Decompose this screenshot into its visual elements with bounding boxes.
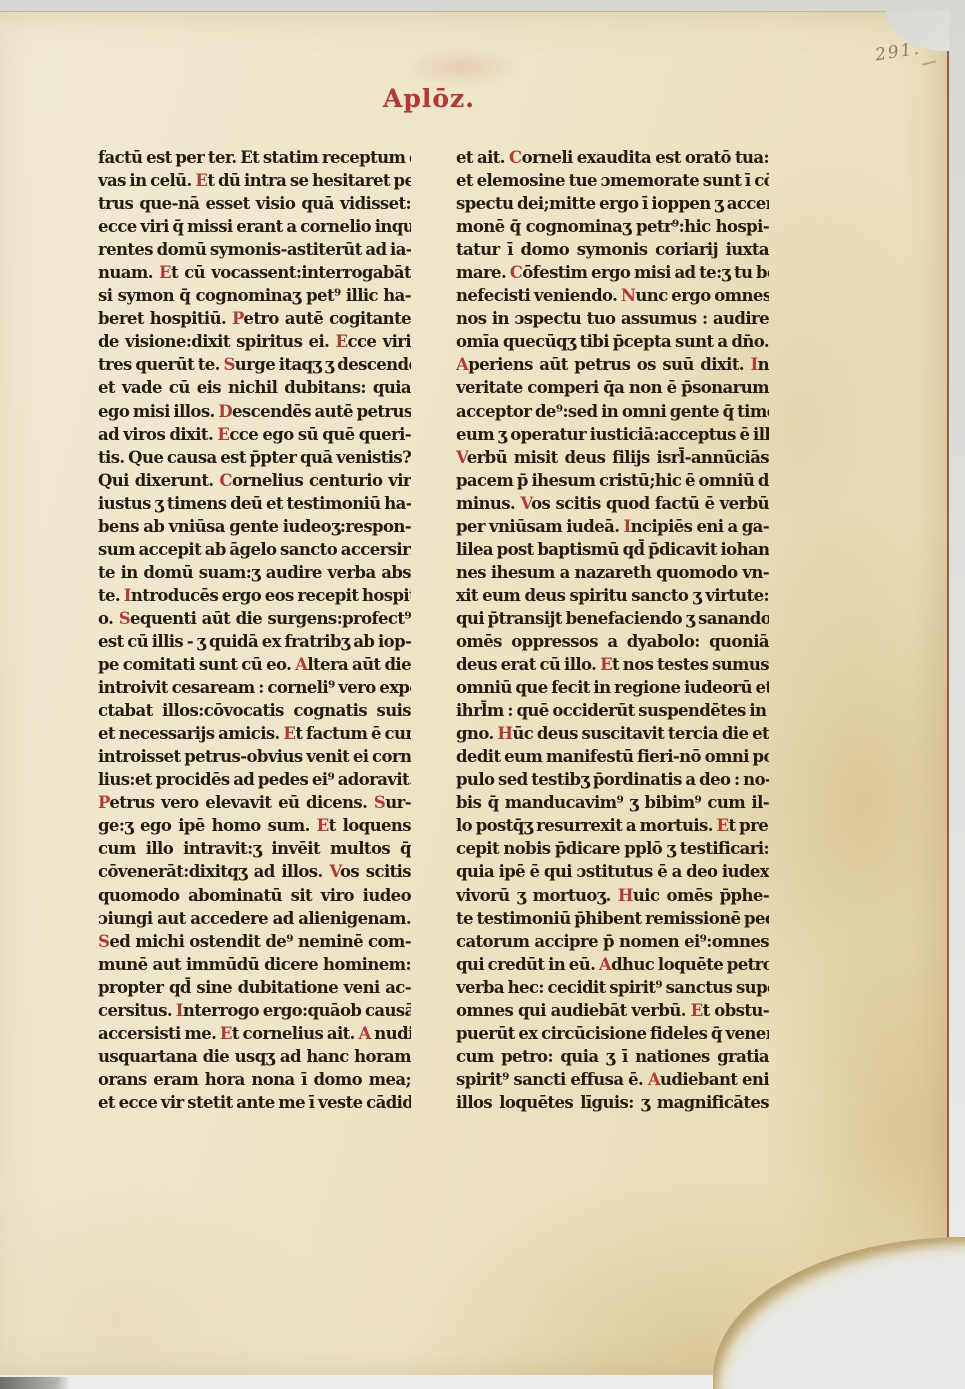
text-line: dedit eum manifestū fieri-nō omni po-: [456, 745, 769, 768]
rubricated-initial: C: [219, 471, 232, 490]
text-line: nuam. Et cū vocassent:interrogabāt: [98, 261, 411, 284]
rubricated-initial: A: [456, 355, 468, 374]
text-line: catorum accipre p̄ nomen ei⁹:omnes: [456, 930, 769, 953]
text-line: factū est per ter. Et statim receptum es…: [98, 146, 411, 169]
text-line: tis. Que causa est p̄pter quā venistis?: [98, 446, 411, 469]
rubricated-initial: H: [497, 724, 512, 743]
text-line: cum illo intravit:ʒ invēit multos q̄: [98, 837, 411, 860]
rubricated-initial: N: [621, 286, 635, 305]
text-line: et ait. Corneli exaudita est oratō tua:: [456, 146, 769, 169]
rubricated-initial: S: [119, 609, 130, 628]
text-line: te in domū suam:ʒ audire verba abs: [98, 561, 411, 584]
rubricated-initial: C: [510, 263, 523, 282]
text-line: vas in celū. Et dū intra se hesitaret pe…: [98, 169, 411, 192]
text-line: introisset petrus-obvius venit ei corne-: [98, 745, 411, 768]
rubricated-initial: E: [336, 332, 348, 351]
text-line: tres querūt te. Surge itaqʒ ʒ descende:: [98, 353, 411, 376]
rubricated-initial: H: [618, 886, 633, 905]
rubricated-initial: S: [223, 355, 234, 374]
text-line: et elemosine tue ɔmemorate sunt ī cō-: [456, 169, 769, 192]
rubricated-initial: V: [329, 862, 340, 881]
text-line: eum ʒ operatur iusticiā:acceptus ē illi.: [456, 423, 769, 446]
text-line: est cū illis - ʒ quidā ex fratribʒ ab io…: [98, 630, 411, 653]
rubricated-initial: E: [317, 816, 329, 835]
text-line: lius:et procidēs ad pedes ei⁹ adoravit.: [98, 768, 411, 791]
manuscript-page: Aplōz. 291. factū est per ter. Et statim…: [0, 0, 965, 1389]
text-line: bis q̄ manducavim⁹ ʒ bibim⁹ cum il-: [456, 791, 769, 814]
text-line: gno. Hūc deus suscitavit tercia die et: [456, 722, 769, 745]
rubricated-initial: S: [374, 793, 385, 812]
text-line: xit eum deus spiritu sancto ʒ virtute:: [456, 584, 769, 607]
text-line: Qui dixerunt. Cornelius centurio vir: [98, 469, 411, 492]
rubricated-initial: A: [358, 1024, 370, 1043]
rubricated-initial: P: [232, 309, 243, 328]
text-line: orans eram hora nona ī domo mea;: [98, 1068, 411, 1091]
text-line: ego misi illos. Descendēs autē petrus: [98, 400, 411, 423]
text-line: per vniūsam iudeā. Incipiēs eni a ga-: [456, 515, 769, 538]
text-line: cersitus. Interrogo ergo:quāob causā: [98, 999, 411, 1022]
text-line: quomodo abominatū sit viro iudeo: [98, 884, 411, 907]
text-line: omnes qui audiebāt verbū. Et obstu-: [456, 999, 769, 1022]
rubricated-initial: I: [750, 355, 757, 374]
text-line: te. Introducēs ergo eos recepit hospiti-: [98, 584, 411, 607]
text-line: quia ipē ē qui ɔstitutus ē a deo iudex: [456, 860, 769, 883]
rubricated-initial: E: [217, 425, 229, 444]
text-line: iustus ʒ timens deū et testimoniū ha-: [98, 492, 411, 515]
text-line: de visione:dixit spiritus ei. Ecce viri: [98, 330, 411, 353]
text-line: ad viros dixit. Ecce ego sū quē queri-: [98, 423, 411, 446]
text-line: ihrl̄m : quē occiderūt suspendētes in li…: [456, 699, 769, 722]
rubricated-initial: I: [624, 517, 631, 536]
text-line: cum petro: quia ʒ ī nationes gratia: [456, 1045, 769, 1068]
text-line: tatur ī domo symonis coriarij iuxta: [456, 238, 769, 261]
text-line: ecce viri q̄ missi erant a cornelio inqu…: [98, 215, 411, 238]
text-line: rentes domū symonis-astiterūt ad ia-: [98, 238, 411, 261]
text-line: introivit cesaream : corneli⁹ vero expe-: [98, 676, 411, 699]
text-line: cōvenerāt:dixitqʒ ad illos. Vos scitis: [98, 860, 411, 883]
text-line: te testimoniū p̄hibent remissionē pec-: [456, 907, 769, 930]
text-line: illos loquētes līguis: ʒ magnificātes: [456, 1091, 769, 1114]
rubricated-initial: E: [195, 171, 207, 190]
text-line: acceptor de⁹:sed in omni gente q̄ timet: [456, 400, 769, 423]
text-line: bens ab vniūsa gente iudeoʒ:respon-: [98, 515, 411, 538]
text-line: spirit⁹ sancti effusa ē. Audiebant eni: [456, 1068, 769, 1091]
text-line: spectu dei;mitte ergo ī ioppen ʒ accersi…: [456, 192, 769, 215]
rubricated-initial: I: [124, 586, 131, 605]
text-line: omniū que fecit in regione iudeorū et: [456, 676, 769, 699]
rubricated-initial: V: [456, 448, 467, 467]
text-line: mare. Cōfestim ergo misi ad te:ʒ tu be-: [456, 261, 769, 284]
rubricated-initial: E: [220, 1024, 232, 1043]
text-line: lilea post baptismū qd̄ p̄dicavit iohan-: [456, 538, 769, 561]
rubricated-initial: P: [98, 793, 109, 812]
text-line: verba hec: cecidit spirit⁹ sanctus super: [456, 976, 769, 999]
text-line: monē q̄ cognominaʒ petr⁹:hic hospi-: [456, 215, 769, 238]
text-line: lo postq̄ʒ resurrexit a mortuis. Et pre-: [456, 814, 769, 837]
text-line: deus erat cū illo. Et nos testes sumus: [456, 653, 769, 676]
text-line: veritate comperi q̄a non ē p̄sonarum: [456, 376, 769, 399]
text-line: qui p̄transijt benefaciendo ʒ sanando: [456, 607, 769, 630]
text-line: qui credūt in eū. Adhuc loquēte petro: [456, 953, 769, 976]
rubricated-initial: D: [218, 402, 232, 421]
text-line: accersisti me. Et cornelius ait. A nudi-: [98, 1022, 411, 1045]
text-line: o. Sequenti aūt die surgens:profect⁹: [98, 607, 411, 630]
rubricated-initial: E: [600, 655, 612, 674]
text-line: vivorū ʒ mortuoʒ. Huic omēs p̄phe-: [456, 884, 769, 907]
text-line: Sed michi ostendit de⁹ neminē com-: [98, 930, 411, 953]
rubricated-initial: I: [176, 1001, 183, 1020]
rubricated-initial: A: [648, 1070, 660, 1089]
text-line: Petrus vero elevavit eū dicens. Sur-: [98, 791, 411, 814]
text-line: nes ihesum a nazareth quomodo vn-: [456, 561, 769, 584]
text-line: ctabat illos:cōvocatis cognatis suis: [98, 699, 411, 722]
running-title: Aplōz.: [383, 84, 475, 113]
text-line: puerūt ex circūcisione fideles q̄ venerā…: [456, 1022, 769, 1045]
text-line: ge:ʒ ego ipē homo sum. Et loquens: [98, 814, 411, 837]
text-line: pe comitati sunt cū eo. Altera aūt die: [98, 653, 411, 676]
text-line: munē aut immūdū dicere hominem:: [98, 953, 411, 976]
text-line: pulo sed testibʒ p̄ordinatis a deo : no-: [456, 768, 769, 791]
text-line: Verbū misit deus filijs isrl̄-annūciās: [456, 446, 769, 469]
text-line: et vade cū eis nichil dubitans: quia: [98, 376, 411, 399]
text-line: omīa quecūqʒ tibi p̄cepta sunt a dn̄o.: [456, 330, 769, 353]
scan-edge-shadow: [0, 1377, 70, 1389]
rubricated-initial: E: [159, 263, 171, 282]
text-line: nos in ɔspectu tuo assumus : audire: [456, 307, 769, 330]
text-line: et ecce vir stetit ante me ī veste cādid…: [98, 1091, 411, 1114]
rubricated-initial: S: [98, 932, 109, 951]
text-line: usquartana die usqʒ ad hanc horam: [98, 1045, 411, 1068]
text-line: beret hospitiū. Petro autē cogitante: [98, 307, 411, 330]
text-line: omēs oppressos a dyabolo: quoniā: [456, 630, 769, 653]
text-column-left: factū est per ter. Et statim receptum es…: [98, 146, 411, 1114]
rubricated-initial: A: [295, 655, 307, 674]
text-line: Aperiens aūt petrus os suū dixit. In: [456, 353, 769, 376]
text-line: propter qd̄ sine dubitatione veni ac-: [98, 976, 411, 999]
text-line: ɔiungi aut accedere ad alienigenam.: [98, 907, 411, 930]
text-line: trus que-nā esset visio quā vidisset:: [98, 192, 411, 215]
text-line: nefecisti veniendo. Nunc ergo omnes: [456, 284, 769, 307]
ink-bleedthrough: [404, 48, 520, 86]
text-column-right: et ait. Corneli exaudita est oratō tua:e…: [456, 146, 769, 1114]
rubricated-initial: C: [509, 148, 522, 167]
rubricated-initial: V: [520, 494, 531, 513]
rubricated-initial: E: [691, 1001, 703, 1020]
text-line: pacem p̄ ihesum cristū;hic ē omniū do-: [456, 469, 769, 492]
rubricated-initial: A: [599, 955, 611, 974]
text-line: sum accepit ab āgelo sancto accersiri: [98, 538, 411, 561]
text-line: et necessarijs amicis. Et factum ē cum: [98, 722, 411, 745]
rubricated-initial: E: [717, 816, 729, 835]
rubricated-initial: E: [283, 724, 295, 743]
text-line: si symon q̄ cognominaʒ pet⁹ illic ha-: [98, 284, 411, 307]
text-line: cepit nobis p̄dicare pplō ʒ testificari:: [456, 837, 769, 860]
text-line: minus. Vos scitis quod factū ē verbū: [456, 492, 769, 515]
